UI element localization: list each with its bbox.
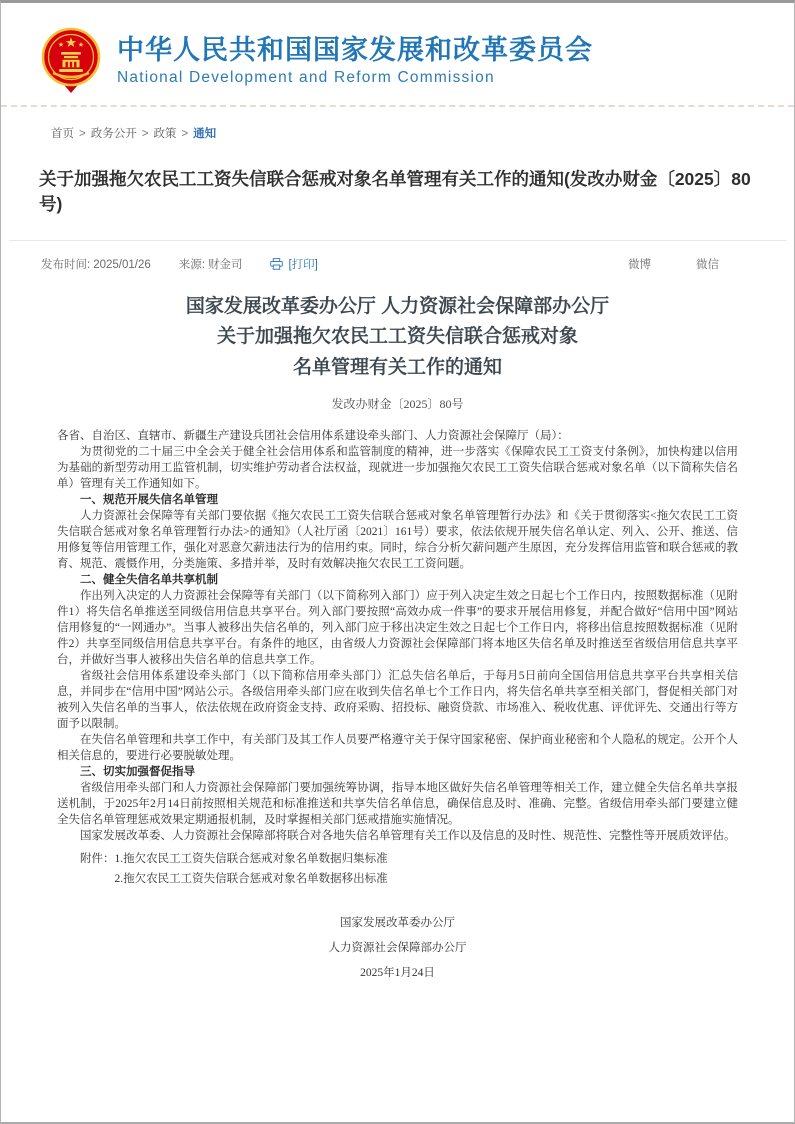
doc-paragraph: 在失信名单管理和共享工作中，有关部门及其工作人员要严格遵守关于保守国家秘密、保护…: [57, 732, 738, 764]
site-header-logo[interactable]: 中华人民共和国国家发展和改革委员会 National Development a…: [1, 3, 794, 107]
breadcrumb-separator: >: [79, 128, 86, 140]
attachments-list: 附件：1.拖欠农民工工资失信联合惩戒对象名单数据归集标准 2.拖欠农民工工资失信…: [57, 849, 738, 889]
site-title-cn: 中华人民共和国国家发展和改革委员会: [117, 35, 593, 66]
attachments-label: 附件：: [80, 853, 115, 865]
section-heading-3: 三、切实加强督促指导: [57, 764, 738, 780]
signature-date: 2025年1月24日: [57, 961, 738, 986]
breadcrumb-separator: >: [181, 128, 188, 140]
breadcrumb-separator: >: [142, 128, 149, 140]
document-title-line: 名单管理有关工作的通知: [293, 357, 502, 378]
doc-paragraph: 省级社会信用体系建设牵头部门（以下简称信用牵头部门）汇总失信名单后，于每月5日前…: [57, 668, 738, 732]
meta-left: 发布时间:2025/01/26 来源:财金司 [打印]: [41, 256, 318, 272]
publish-time: 发布时间:2025/01/26: [41, 256, 151, 272]
page-container: 中华人民共和国国家发展和改革委员会 National Development a…: [0, 0, 795, 1124]
attachment-item-1: 附件：1.拖欠农民工工资失信联合惩戒对象名单数据归集标准: [57, 849, 738, 869]
source-value: 财金司: [208, 259, 243, 271]
share-wechat-button[interactable]: 微信: [696, 256, 719, 272]
doc-paragraph: 省级信用牵头部门和人力资源社会保障部门要加强统筹协调，指导本地区做好失信名单管理…: [57, 780, 738, 828]
section-heading-2: 二、健全失信名单共享机制: [57, 572, 738, 588]
doc-paragraph: 国家发展改革委、人力资源社会保障部将联合对各地失信名单管理有关工作以及信息的及时…: [57, 828, 738, 844]
site-title-en: National Development and Reform Commissi…: [117, 69, 593, 87]
doc-paragraph: 作出列入决定的人力资源社会保障等有关部门（以下简称列入部门）应于列入决定生效之日…: [57, 588, 738, 668]
print-label: [打印]: [288, 256, 317, 272]
breadcrumb-home[interactable]: 首页: [51, 128, 74, 140]
section-heading-1: 一、规范开展失信名单管理: [57, 492, 738, 508]
attachment-item-2: 2.拖欠农民工工资失信联合惩戒对象名单数据移出标准: [57, 869, 738, 889]
document-title-line: 国家发展改革委办公厅 人力资源社会保障部办公厅: [186, 296, 609, 317]
print-button[interactable]: [打印]: [270, 256, 317, 272]
breadcrumb-policy[interactable]: 政策: [153, 128, 176, 140]
share-buttons: 微博 微信: [583, 256, 719, 272]
doc-paragraph: 人力资源社会保障等有关部门要依据《拖欠农民工工资失信联合惩戒对象名单管理暂行办法…: [57, 508, 738, 572]
document-number: 发改办财金〔2025〕80号: [57, 395, 738, 412]
document-article: 国家发展改革委办公厅 人力资源社会保障部办公厅 关于加强拖欠农民工工资失信联合惩…: [1, 272, 794, 986]
breadcrumb-current-notice: 通知: [193, 128, 216, 140]
article-meta-row: 发布时间:2025/01/26 来源:财金司 [打印] 微博 微信: [1, 241, 794, 272]
signature-org-1: 国家发展改革委办公厅: [57, 911, 738, 936]
publish-date-value: 2025/01/26: [93, 259, 151, 271]
source: 来源:财金司: [179, 256, 243, 272]
share-weibo-button[interactable]: 微博: [628, 256, 651, 272]
page-title: 关于加强拖欠农民工工资失信联合惩戒对象名单管理有关工作的通知(发改办财金〔202…: [39, 167, 756, 216]
document-body: 各省、自治区、直辖市、新疆生产建设兵团社会信用体系建设牵头部门、人力资源社会保障…: [57, 428, 738, 986]
breadcrumb: 首页>政务公开>政策>通知: [51, 125, 794, 141]
breadcrumb-gov-info[interactable]: 政务公开: [91, 128, 137, 140]
doc-paragraph: 为贯彻党的二十届三中全会关于健全社会信用体系和监管制度的精神，进一步落实《保障农…: [57, 444, 738, 492]
signature-org-2: 人力资源社会保障部办公厅: [57, 936, 738, 961]
site-titles: 中华人民共和国国家发展和改革委员会 National Development a…: [117, 35, 593, 87]
document-title-line: 关于加强拖欠农民工工资失信联合惩戒对象: [217, 326, 578, 347]
document-title: 国家发展改革委办公厅 人力资源社会保障部办公厅 关于加强拖欠农民工工资失信联合惩…: [57, 292, 738, 383]
national-emblem-icon: [39, 27, 103, 95]
doc-salutation: 各省、自治区、直辖市、新疆生产建设兵团社会信用体系建设牵头部门、人力资源社会保障…: [57, 428, 738, 444]
printer-icon: [270, 258, 283, 270]
signature-block: 国家发展改革委办公厅 人力资源社会保障部办公厅 2025年1月24日: [57, 911, 738, 986]
